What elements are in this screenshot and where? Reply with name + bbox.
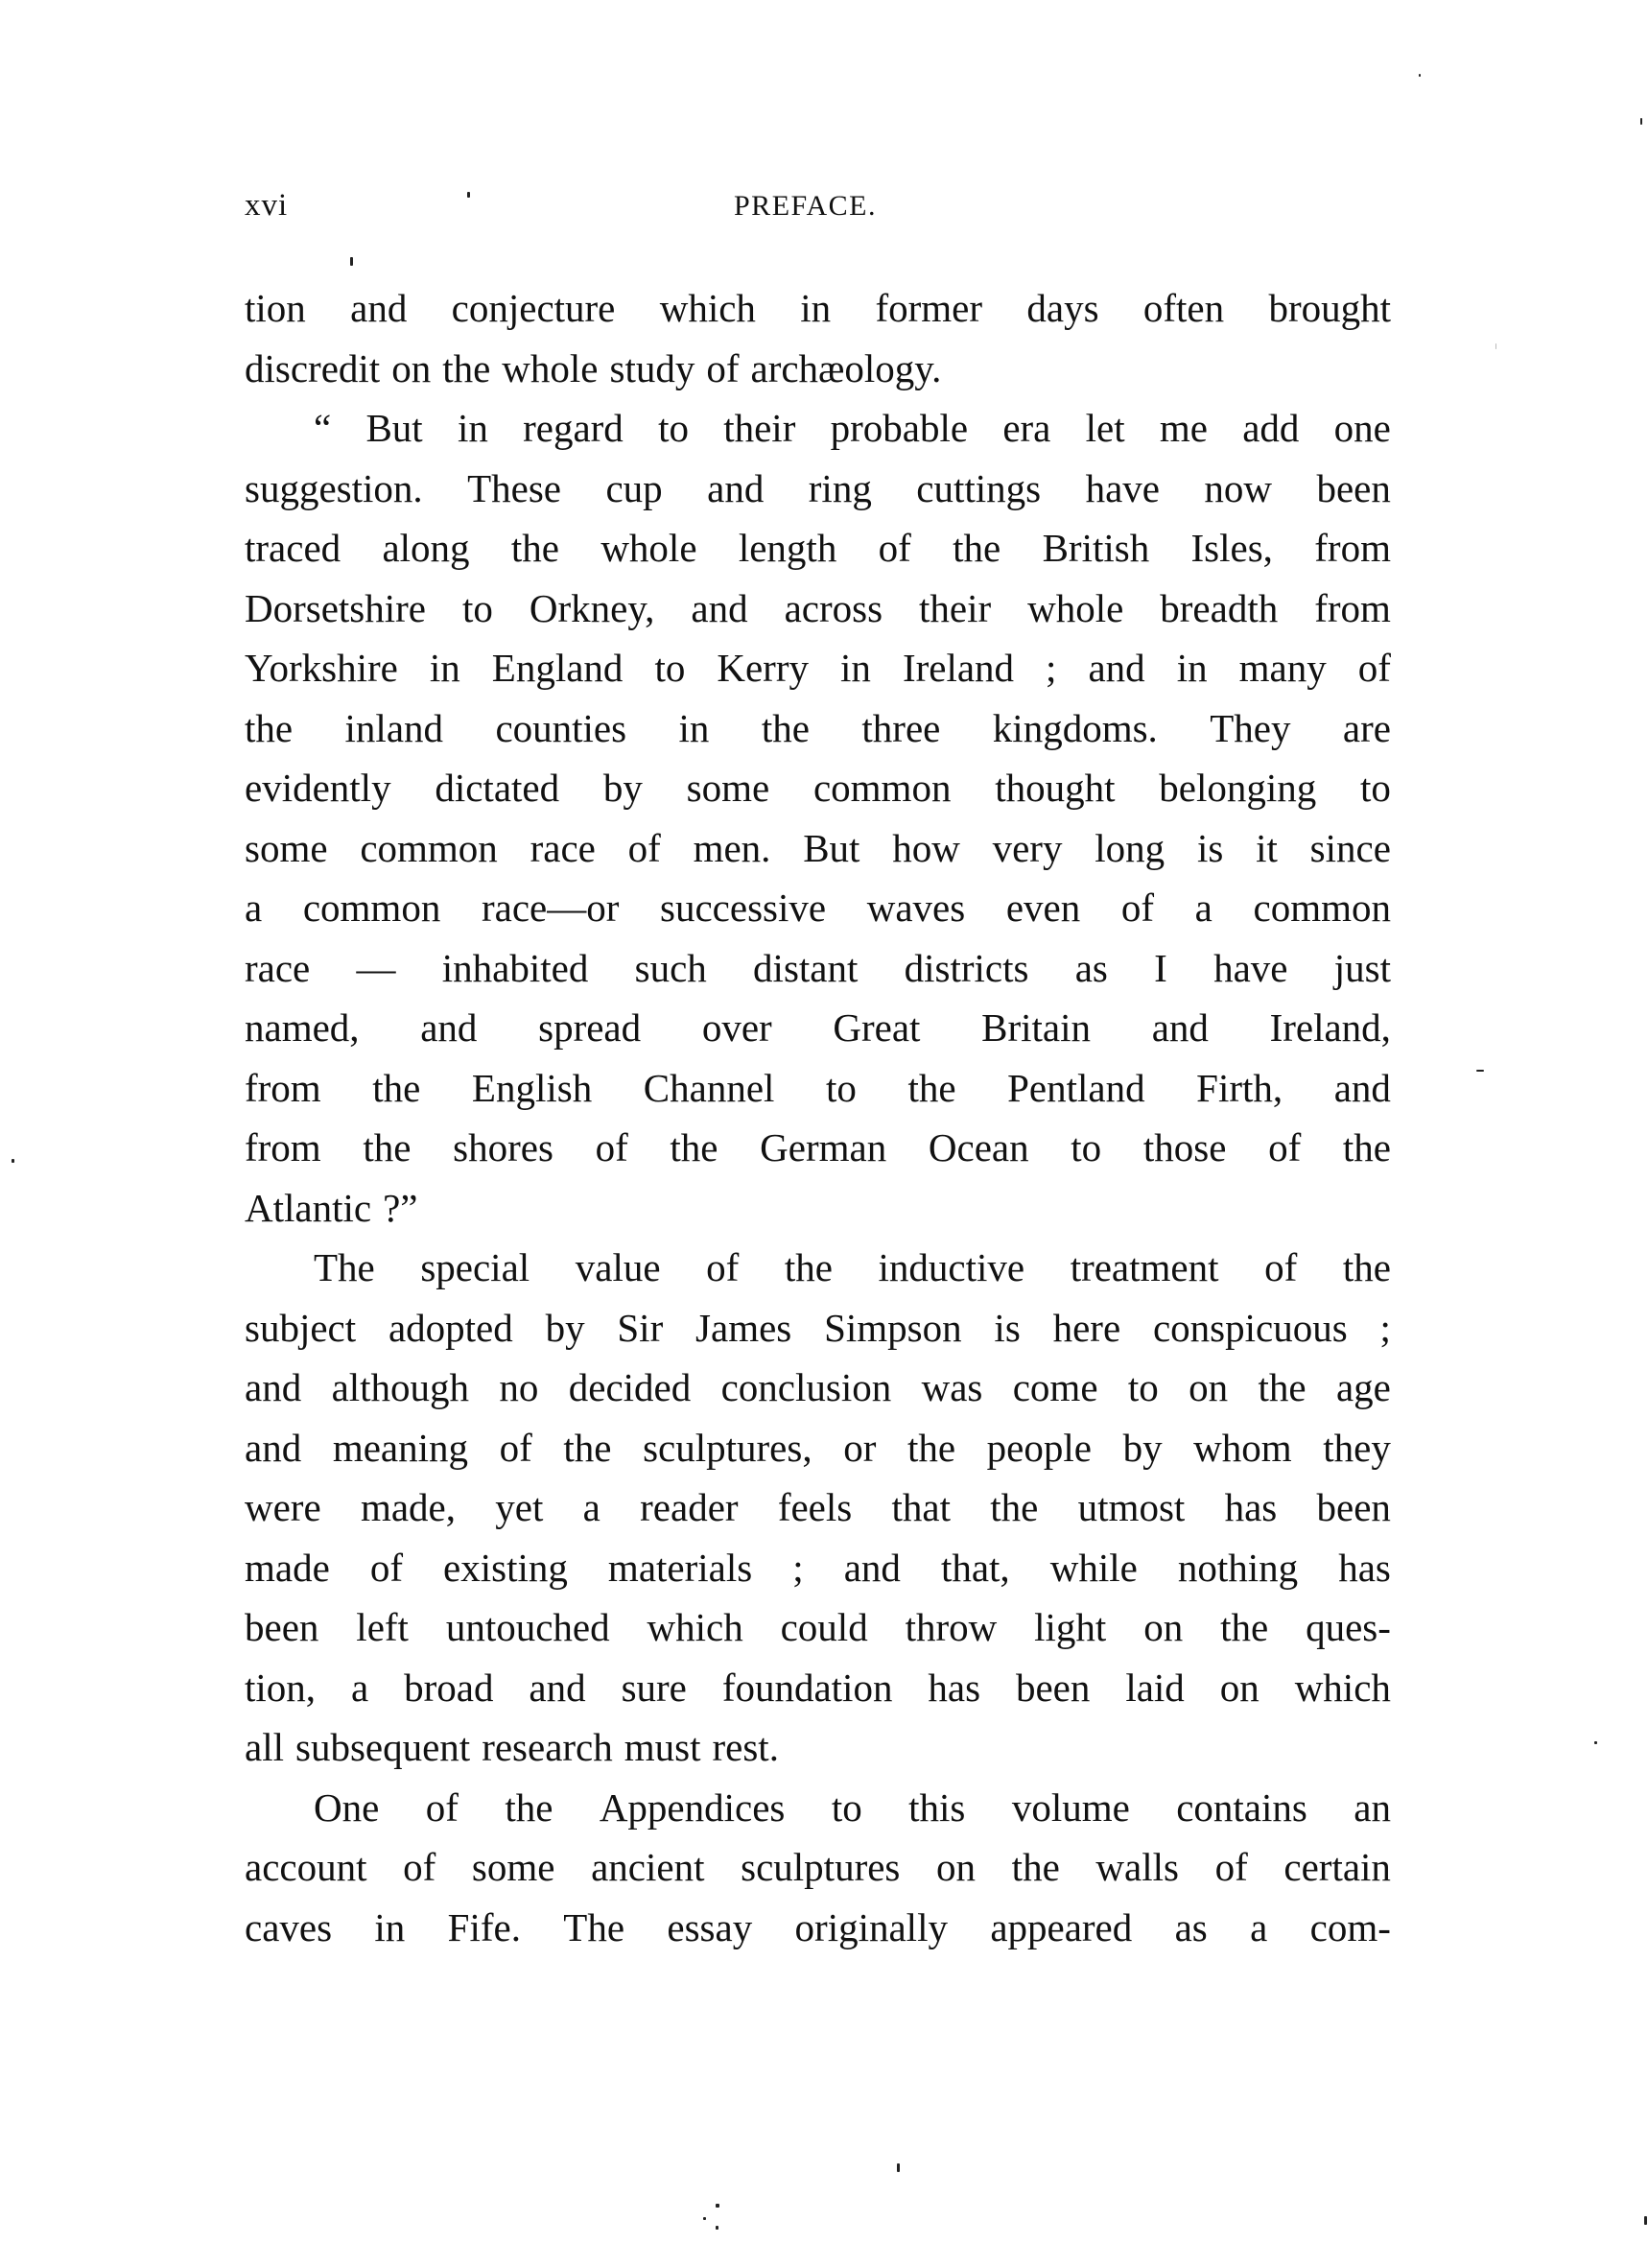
page-number: xvi: [245, 188, 288, 224]
scan-speck: [716, 2226, 718, 2230]
text-line: suggestion.Thesecupandringcuttingshaveno…: [245, 459, 1391, 519]
text-line: OneoftheAppendicestothisvolumecontainsan: [245, 1778, 1391, 1838]
text-line: Atlantic?”: [245, 1178, 1391, 1239]
text-line: tionandconjecturewhichinformerdaysoftenb…: [245, 278, 1391, 339]
scan-speck: [703, 2217, 706, 2220]
scan-speck: [897, 2163, 900, 2172]
page-title: PREFACE.: [734, 190, 877, 223]
text-line: tion,abroadandsurefoundationhasbeenlaido…: [245, 1658, 1391, 1718]
scan-speck: [467, 192, 470, 198]
text-line: weremade,yetareaderfeelsthattheutmosthas…: [245, 1477, 1391, 1538]
scan-speck: [1476, 1070, 1484, 1072]
text-line: DorsetshiretoOrkney,andacrosstheirwholeb…: [245, 579, 1391, 639]
text-line: fromtheEnglishChanneltothePentlandFirth,…: [245, 1058, 1391, 1119]
text-line: somecommonraceofmen.Buthowverylongisitsi…: [245, 818, 1391, 879]
scan-speck: [1644, 2216, 1647, 2225]
text-line: beenleftuntouchedwhichcouldthrowlightont…: [245, 1597, 1391, 1658]
text-line: theinlandcountiesinthethreekingdoms.They…: [245, 698, 1391, 759]
text-line: cavesinFife.Theessayoriginallyappearedas…: [245, 1898, 1391, 1958]
body-text: tionandconjecturewhichinformerdaysoftenb…: [245, 278, 1391, 1957]
scan-speck: [716, 2204, 719, 2208]
text-line: andmeaningofthesculptures,orthepeoplebyw…: [245, 1418, 1391, 1478]
scan-speck: [1495, 343, 1496, 349]
text-line: accountofsomeancientsculpturesonthewalls…: [245, 1837, 1391, 1898]
text-line: named,andspreadoverGreatBritainandIrelan…: [245, 998, 1391, 1058]
text-line: madeofexistingmaterials;andthat,whilenot…: [245, 1538, 1391, 1598]
scan-speck: [1640, 118, 1642, 125]
running-head: xvi PREFACE.: [245, 188, 1391, 236]
scan-speck: [350, 257, 353, 266]
scan-speck: [1594, 1741, 1597, 1744]
scan-speck: [1419, 74, 1421, 77]
text-line: discreditonthewholestudyofarchæology.: [245, 339, 1391, 399]
text-line: fromtheshoresoftheGermanOceantothoseofth…: [245, 1118, 1391, 1178]
text-line: allsubsequentresearchmustrest.: [245, 1717, 1391, 1778]
text-line: tracedalongthewholelengthoftheBritishIsl…: [245, 518, 1391, 579]
text-line: subjectadoptedbySirJamesSimpsonisherecon…: [245, 1298, 1391, 1358]
text-line: YorkshireinEnglandtoKerryinIreland;andin…: [245, 638, 1391, 698]
text-line: race—inhabitedsuchdistantdistrictsasIhav…: [245, 938, 1391, 999]
scan-speck: [12, 1159, 14, 1163]
text-line: Thespecialvalueoftheinductivetreatmentof…: [245, 1238, 1391, 1298]
text-line: andalthoughnodecidedconclusionwascometoo…: [245, 1358, 1391, 1418]
text-line: “Butinregardtotheirprobableeraletmeaddon…: [245, 398, 1391, 459]
text-line: acommonrace—orsuccessivewavesevenofacomm…: [245, 878, 1391, 938]
book-page: xvi PREFACE. tionandconjecturewhichinfor…: [0, 0, 1648, 2268]
text-line: evidentlydictatedbysomecommonthoughtbelo…: [245, 758, 1391, 818]
